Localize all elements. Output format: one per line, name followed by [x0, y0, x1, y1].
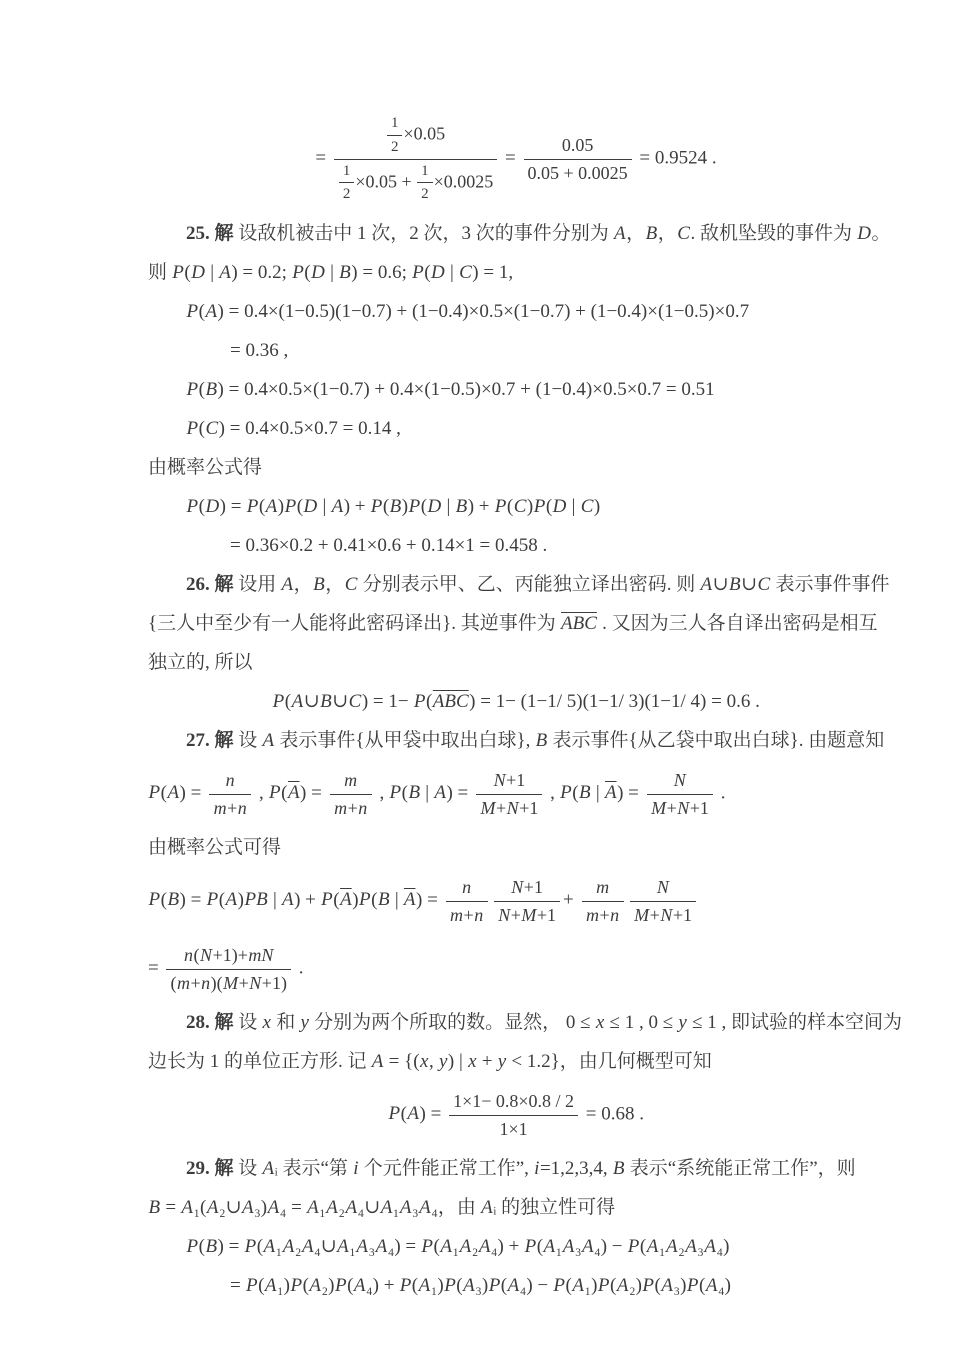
math-variable: C — [344, 574, 358, 595]
math-variable: A — [181, 1197, 194, 1218]
p29-intro: 29. 解 设 Aᵢ 表示“第 i 个元件能正常工作”, i=1,2,3,4, … — [148, 1149, 884, 1188]
eq-29-pb: P(B) = P(A₁A₂A₄∪A₁A₃A₄) = P(A₁A₂A₄) + P(… — [148, 1227, 884, 1266]
math-variable: P — [627, 1236, 640, 1257]
math-variable: B — [148, 1197, 161, 1218]
math-variable: P — [412, 262, 425, 283]
math-variable: A — [262, 730, 275, 751]
fraction-denominator: 12×0.05 + 12×0.0025 — [334, 160, 497, 205]
math-variable: n — [610, 905, 620, 925]
math-variable: N — [511, 877, 524, 897]
math-variable: A — [309, 1275, 322, 1296]
math-variable: N — [677, 798, 690, 818]
math-variable: D — [311, 262, 326, 283]
fraction: 12 — [417, 162, 433, 205]
math-variable: A — [463, 1275, 476, 1296]
p29-line2: B = A₁(A₂∪A₃)A₄ = A₁A₂A₄∪A₁A₃A₄，由 Aᵢ 的独立… — [148, 1188, 884, 1227]
math-variable: y — [438, 1051, 447, 1072]
math-variable: A — [291, 691, 304, 712]
math-variable: P — [488, 1275, 501, 1296]
fraction-numerator: N — [647, 769, 713, 795]
math-variable: N — [498, 905, 511, 925]
math-variable: A — [604, 782, 617, 803]
math-variable: B — [579, 782, 592, 803]
fraction-denominator: (m+n)(M+N+1) — [166, 970, 290, 995]
math-variable: M — [634, 905, 650, 925]
fraction: NM+N+1 — [630, 876, 696, 926]
math-variable: P — [370, 496, 383, 517]
p25-given: 则 P(D | A) = 0.2; P(D | B) = 0.6; P(D | … — [148, 253, 884, 292]
math-variable: N — [493, 770, 506, 790]
eq-25-pb: P(B) = 0.4×0.5×(1−0.7) + 0.4×(1−0.5)×0.7… — [148, 370, 884, 409]
math-variable: N — [506, 798, 519, 818]
fraction-numerator: 1 — [387, 114, 403, 136]
math-variable: A — [302, 1236, 315, 1257]
fraction: 1×1− 0.8×0.8 / 21×1 — [449, 1090, 578, 1140]
math-variable: P — [246, 496, 259, 517]
math-variable: A — [543, 1236, 556, 1257]
fraction-denominator: m+n — [582, 902, 624, 927]
math-variable: A — [399, 1197, 412, 1218]
fraction-denominator: N+M+1 — [494, 902, 560, 927]
math-variable: P — [642, 1275, 655, 1296]
fraction: nm+n — [446, 876, 488, 926]
math-variable: P — [413, 691, 426, 712]
math-variable: A — [704, 1236, 717, 1257]
fraction: N+1M+N+1 — [476, 769, 542, 819]
fraction-numerator: 1 — [339, 162, 355, 184]
math-variable: P — [553, 1275, 566, 1296]
math-variable: A — [225, 889, 238, 910]
math-variable: A — [371, 1051, 384, 1072]
math-variable: P — [292, 262, 305, 283]
math-variable: A — [478, 1236, 491, 1257]
math-variable: D — [205, 496, 220, 517]
math-variable: A — [206, 1197, 219, 1218]
math-variable: P — [560, 782, 573, 803]
math-variable: P — [686, 1275, 699, 1296]
p25-formula-note: 由概率公式得 — [148, 448, 884, 487]
math-variable: P — [206, 889, 219, 910]
math-variable: P — [494, 496, 507, 517]
fraction-numerator: 1 — [417, 162, 433, 184]
problem-label: 25. 解 — [186, 223, 234, 244]
problem-label: 29. 解 — [186, 1158, 234, 1179]
fraction: 12 — [387, 114, 403, 157]
eq-25-pd-result: = 0.36×0.2 + 0.41×0.6 + 0.14×1 = 0.458 . — [148, 526, 884, 565]
math-variable: A — [340, 889, 353, 910]
math-variable: A — [459, 1236, 472, 1257]
math-variable: x — [420, 1051, 429, 1072]
math-variable: ABC — [432, 691, 469, 712]
math-variable: A — [353, 1275, 366, 1296]
math-variable: A — [219, 262, 232, 283]
fraction-denominator: 2 — [387, 136, 403, 157]
fraction-denominator: m+n — [330, 795, 372, 820]
math-variable: B — [408, 782, 421, 803]
problem-label: 28. 解 — [186, 1012, 234, 1033]
overline-term: A — [287, 782, 300, 803]
math-variable: n — [358, 798, 368, 818]
p28-line2: 边长为 1 的单位正方形. 记 A = {(x, y) | x + y < 1.… — [148, 1042, 884, 1081]
math-variable: P — [334, 1275, 347, 1296]
math-variable: x — [468, 1051, 477, 1072]
math-variable: A — [481, 1197, 494, 1218]
math-variable: N — [656, 877, 669, 897]
fraction-denominator: 2 — [339, 183, 355, 204]
math-variable: A — [282, 889, 295, 910]
fraction-numerator: n(N+1)+mN — [166, 944, 290, 970]
math-variable: A — [440, 1236, 453, 1257]
math-variable: N — [673, 770, 686, 790]
math-variable: m — [213, 798, 227, 818]
math-variable: P — [186, 418, 199, 439]
problem-label: 27. 解 — [186, 730, 234, 751]
math-variable: P — [269, 782, 282, 803]
math-variable: B — [612, 1158, 625, 1179]
fraction: 12×0.0512×0.05 + 12×0.0025 — [334, 114, 497, 204]
solutions-content: = 12×0.0512×0.05 + 12×0.0025 = 0.050.05 … — [148, 110, 884, 1305]
math-variable: C — [459, 262, 473, 283]
p25-intro: 25. 解 设敌机被击中 1 次，2 次，3 次的事件分别为 A，B，C. 敌机… — [148, 214, 884, 253]
eq-25-pd: P(D) = P(A)P(D | A) + P(B)P(D | B) + P(C… — [148, 487, 884, 526]
math-variable: A — [262, 1158, 275, 1179]
math-variable: P — [444, 1275, 457, 1296]
math-variable: A — [356, 1236, 369, 1257]
eq-29-pb-expand: = P(A₁)P(A₂)P(A₄) + P(A₁)P(A₃)P(A₄) − P(… — [148, 1266, 884, 1305]
fraction-numerator: N — [630, 876, 696, 902]
eq-27-given: P(A) = nm+n , P(A) = mm+n , P(B | A) = N… — [148, 760, 884, 828]
math-variable: P — [148, 782, 161, 803]
math-variable: B — [645, 223, 658, 244]
fraction-denominator: M+N+1 — [630, 902, 696, 927]
overline-term: ABC — [561, 613, 598, 634]
math-variable: A — [307, 1197, 320, 1218]
math-variable: A — [337, 1236, 350, 1257]
fraction-numerator: 0.05 — [524, 134, 632, 160]
math-variable: C — [513, 496, 527, 517]
fraction-numerator: N+1 — [494, 876, 560, 902]
math-variable: A — [418, 1275, 431, 1296]
fraction-numerator: n — [446, 876, 488, 902]
problem-label: 26. 解 — [186, 574, 234, 595]
math-variable: n — [201, 973, 211, 993]
p26-intro: 26. 解 设用 A，B，C 分别表示甲、乙、丙能独立译出密码. 则 A∪B∪C… — [148, 565, 884, 604]
math-variable: D — [427, 496, 442, 517]
overline-term: ABC — [432, 691, 469, 712]
math-variable: A — [507, 1275, 520, 1296]
math-variable: C — [205, 418, 219, 439]
math-variable: PB — [244, 889, 268, 910]
math-variable: A — [434, 782, 447, 803]
math-variable: m — [176, 973, 190, 993]
math-variable: P — [186, 301, 199, 322]
math-variable: B — [455, 496, 468, 517]
overline-term: A — [604, 782, 617, 803]
math-variable: P — [186, 1236, 199, 1257]
math-variable: A — [331, 496, 344, 517]
eq-28-result: P(A) = 1×1− 0.8×0.8 / 21×1 = 0.68 . — [148, 1081, 884, 1149]
eq-26-result: P(A∪B∪C) = 1− P(ABC) = 1− (1−1/ 5)(1−1/ … — [148, 682, 884, 721]
math-variable: C — [348, 691, 362, 712]
math-variable: A — [616, 1275, 629, 1296]
math-variable: y — [497, 1051, 506, 1072]
math-variable: M — [480, 798, 496, 818]
math-variable: D — [191, 262, 206, 283]
math-variable: P — [408, 496, 421, 517]
math-variable: D — [857, 223, 872, 244]
fraction: mm+n — [330, 769, 372, 819]
math-variable: A — [345, 1197, 358, 1218]
math-variable: n — [225, 770, 235, 790]
math-variable: B — [320, 691, 333, 712]
math-variable: C — [757, 574, 771, 595]
math-variable: A — [205, 301, 218, 322]
math-variable: A — [661, 1275, 674, 1296]
math-variable: A — [403, 889, 416, 910]
fraction-numerator: 1×1− 0.8×0.8 / 2 — [449, 1090, 578, 1116]
fraction-denominator: 1×1 — [449, 1116, 578, 1141]
fraction: 12 — [339, 162, 355, 205]
math-variable: A — [265, 496, 278, 517]
fraction-denominator: m+n — [209, 795, 251, 820]
math-variable: P — [148, 889, 161, 910]
fraction-denominator: M+N+1 — [476, 795, 542, 820]
fraction-numerator: N+1 — [476, 769, 542, 795]
math-variable: A — [419, 1197, 432, 1218]
math-variable: x — [262, 1012, 271, 1033]
math-variable: D — [552, 496, 567, 517]
math-variable: A — [665, 1236, 678, 1257]
math-variable: C — [580, 496, 594, 517]
overline-term: A — [340, 889, 353, 910]
math-variable: P — [244, 1236, 257, 1257]
math-variable: n — [237, 798, 247, 818]
math-variable: P — [186, 496, 199, 517]
math-variable: A — [614, 223, 627, 244]
eq-25-pc: P(C) = 0.4×0.5×0.7 = 0.14 , — [148, 409, 884, 448]
fraction: nm+n — [209, 769, 251, 819]
fraction-denominator: 0.05 + 0.0025 — [524, 160, 632, 185]
math-variable: A — [264, 1275, 277, 1296]
fraction-numerator: 12×0.05 — [334, 114, 497, 160]
fraction-numerator: n — [209, 769, 251, 795]
p28-intro: 28. 解 设 x 和 y 分别为两个所取的数。显然， 0 ≤ x ≤ 1 , … — [148, 1003, 884, 1042]
math-variable: P — [245, 1275, 258, 1296]
math-variable: A — [685, 1236, 698, 1257]
math-variable: P — [284, 496, 297, 517]
math-variable: B — [377, 889, 390, 910]
math-variable: A — [646, 1236, 659, 1257]
math-variable: A — [375, 1236, 388, 1257]
math-variable: P — [533, 496, 546, 517]
math-variable: C — [677, 223, 691, 244]
math-variable: A — [287, 782, 300, 803]
math-variable: A — [281, 574, 294, 595]
math-variable: y — [300, 1012, 309, 1033]
math-variable: P — [524, 1236, 537, 1257]
math-variable: y — [678, 1012, 687, 1033]
math-variable: m — [344, 770, 358, 790]
fraction-numerator: m — [582, 876, 624, 902]
math-variable: B — [167, 889, 180, 910]
math-variable: B — [729, 574, 742, 595]
math-variable: P — [421, 1236, 434, 1257]
fraction-denominator: M+N+1 — [647, 795, 713, 820]
overline-term: A — [403, 889, 416, 910]
math-variable: A — [326, 1197, 339, 1218]
math-variable: mN — [248, 945, 274, 965]
math-variable: i — [353, 1158, 359, 1179]
math-variable: ABC — [561, 613, 598, 634]
math-variable: A — [572, 1275, 585, 1296]
math-variable: A — [242, 1197, 255, 1218]
math-variable: P — [290, 1275, 303, 1296]
math-variable: i — [534, 1158, 540, 1179]
math-variable: A — [267, 1197, 280, 1218]
math-variable: P — [272, 691, 285, 712]
p27-formula-note: 由概率公式可得 — [148, 828, 884, 867]
math-variable: x — [595, 1012, 604, 1033]
math-variable: B — [205, 1236, 218, 1257]
fraction-numerator: m — [330, 769, 372, 795]
math-variable: B — [313, 574, 326, 595]
math-variable: N — [249, 973, 262, 993]
eq-25-pa-result: = 0.36 , — [148, 331, 884, 370]
eq-27-pb: P(B) = P(A)PB | A) + P(A)P(B | A) = nm+n… — [148, 867, 884, 935]
math-variable: M — [223, 973, 239, 993]
math-variable: B — [205, 379, 218, 400]
math-variable: N — [660, 905, 673, 925]
math-variable: P — [186, 379, 199, 400]
math-variable: A — [282, 1236, 295, 1257]
math-variable: n — [462, 877, 472, 897]
math-variable: M — [651, 798, 667, 818]
math-variable: P — [399, 1275, 412, 1296]
eq-27-pb-result: = n(N+1)+mN(m+n)(M+N+1) . — [148, 935, 884, 1003]
math-variable: A — [407, 1103, 420, 1124]
math-variable: A — [263, 1236, 276, 1257]
fraction-denominator: 2 — [417, 183, 433, 204]
math-variable: m — [334, 798, 348, 818]
math-variable: n — [184, 945, 194, 965]
document-page: = 12×0.0512×0.05 + 12×0.0025 = 0.050.05 … — [0, 0, 964, 1363]
math-variable: N — [200, 945, 213, 965]
math-variable: P — [172, 262, 185, 283]
math-variable: A — [582, 1236, 595, 1257]
eq-24-bayes-result: = 12×0.0512×0.05 + 12×0.0025 = 0.050.05 … — [148, 110, 884, 214]
math-variable: n — [474, 905, 484, 925]
math-variable: D — [431, 262, 446, 283]
math-variable: A — [380, 1197, 393, 1218]
fraction: mm+n — [582, 876, 624, 926]
math-variable: m — [450, 905, 464, 925]
math-variable: B — [339, 262, 352, 283]
math-variable: m — [586, 905, 600, 925]
math-variable: A — [167, 782, 180, 803]
p26-line3: 独立的, 所以 — [148, 643, 884, 682]
fraction-denominator: m+n — [446, 902, 488, 927]
p26-line2: {三人中至少有一人能将此密码译出}. 其逆事件为 ABC . 又因为三人各自译出… — [148, 604, 884, 643]
eq-25-pa: P(A) = 0.4×(1−0.5)(1−0.7) + (1−0.4)×0.5×… — [148, 292, 884, 331]
math-variable: A — [562, 1236, 575, 1257]
fraction: n(N+1)+mN(m+n)(M+N+1) — [166, 944, 290, 994]
math-variable: P — [359, 889, 372, 910]
p27-intro: 27. 解 设 A 表示事件{从甲袋中取出白球}, B 表示事件{从乙袋中取出白… — [148, 721, 884, 760]
math-variable: M — [521, 905, 537, 925]
math-variable: B — [535, 730, 548, 751]
fraction: 0.050.05 + 0.0025 — [524, 134, 632, 184]
fraction: NM+N+1 — [647, 769, 713, 819]
math-variable: P — [389, 782, 402, 803]
math-variable: D — [303, 496, 318, 517]
math-variable: A — [700, 574, 713, 595]
math-variable: m — [596, 877, 610, 897]
fraction: N+1N+M+1 — [494, 876, 560, 926]
math-variable: B — [389, 496, 402, 517]
math-variable: A — [705, 1275, 718, 1296]
math-variable: P — [597, 1275, 610, 1296]
math-variable: P — [321, 889, 334, 910]
math-variable: P — [388, 1103, 401, 1124]
